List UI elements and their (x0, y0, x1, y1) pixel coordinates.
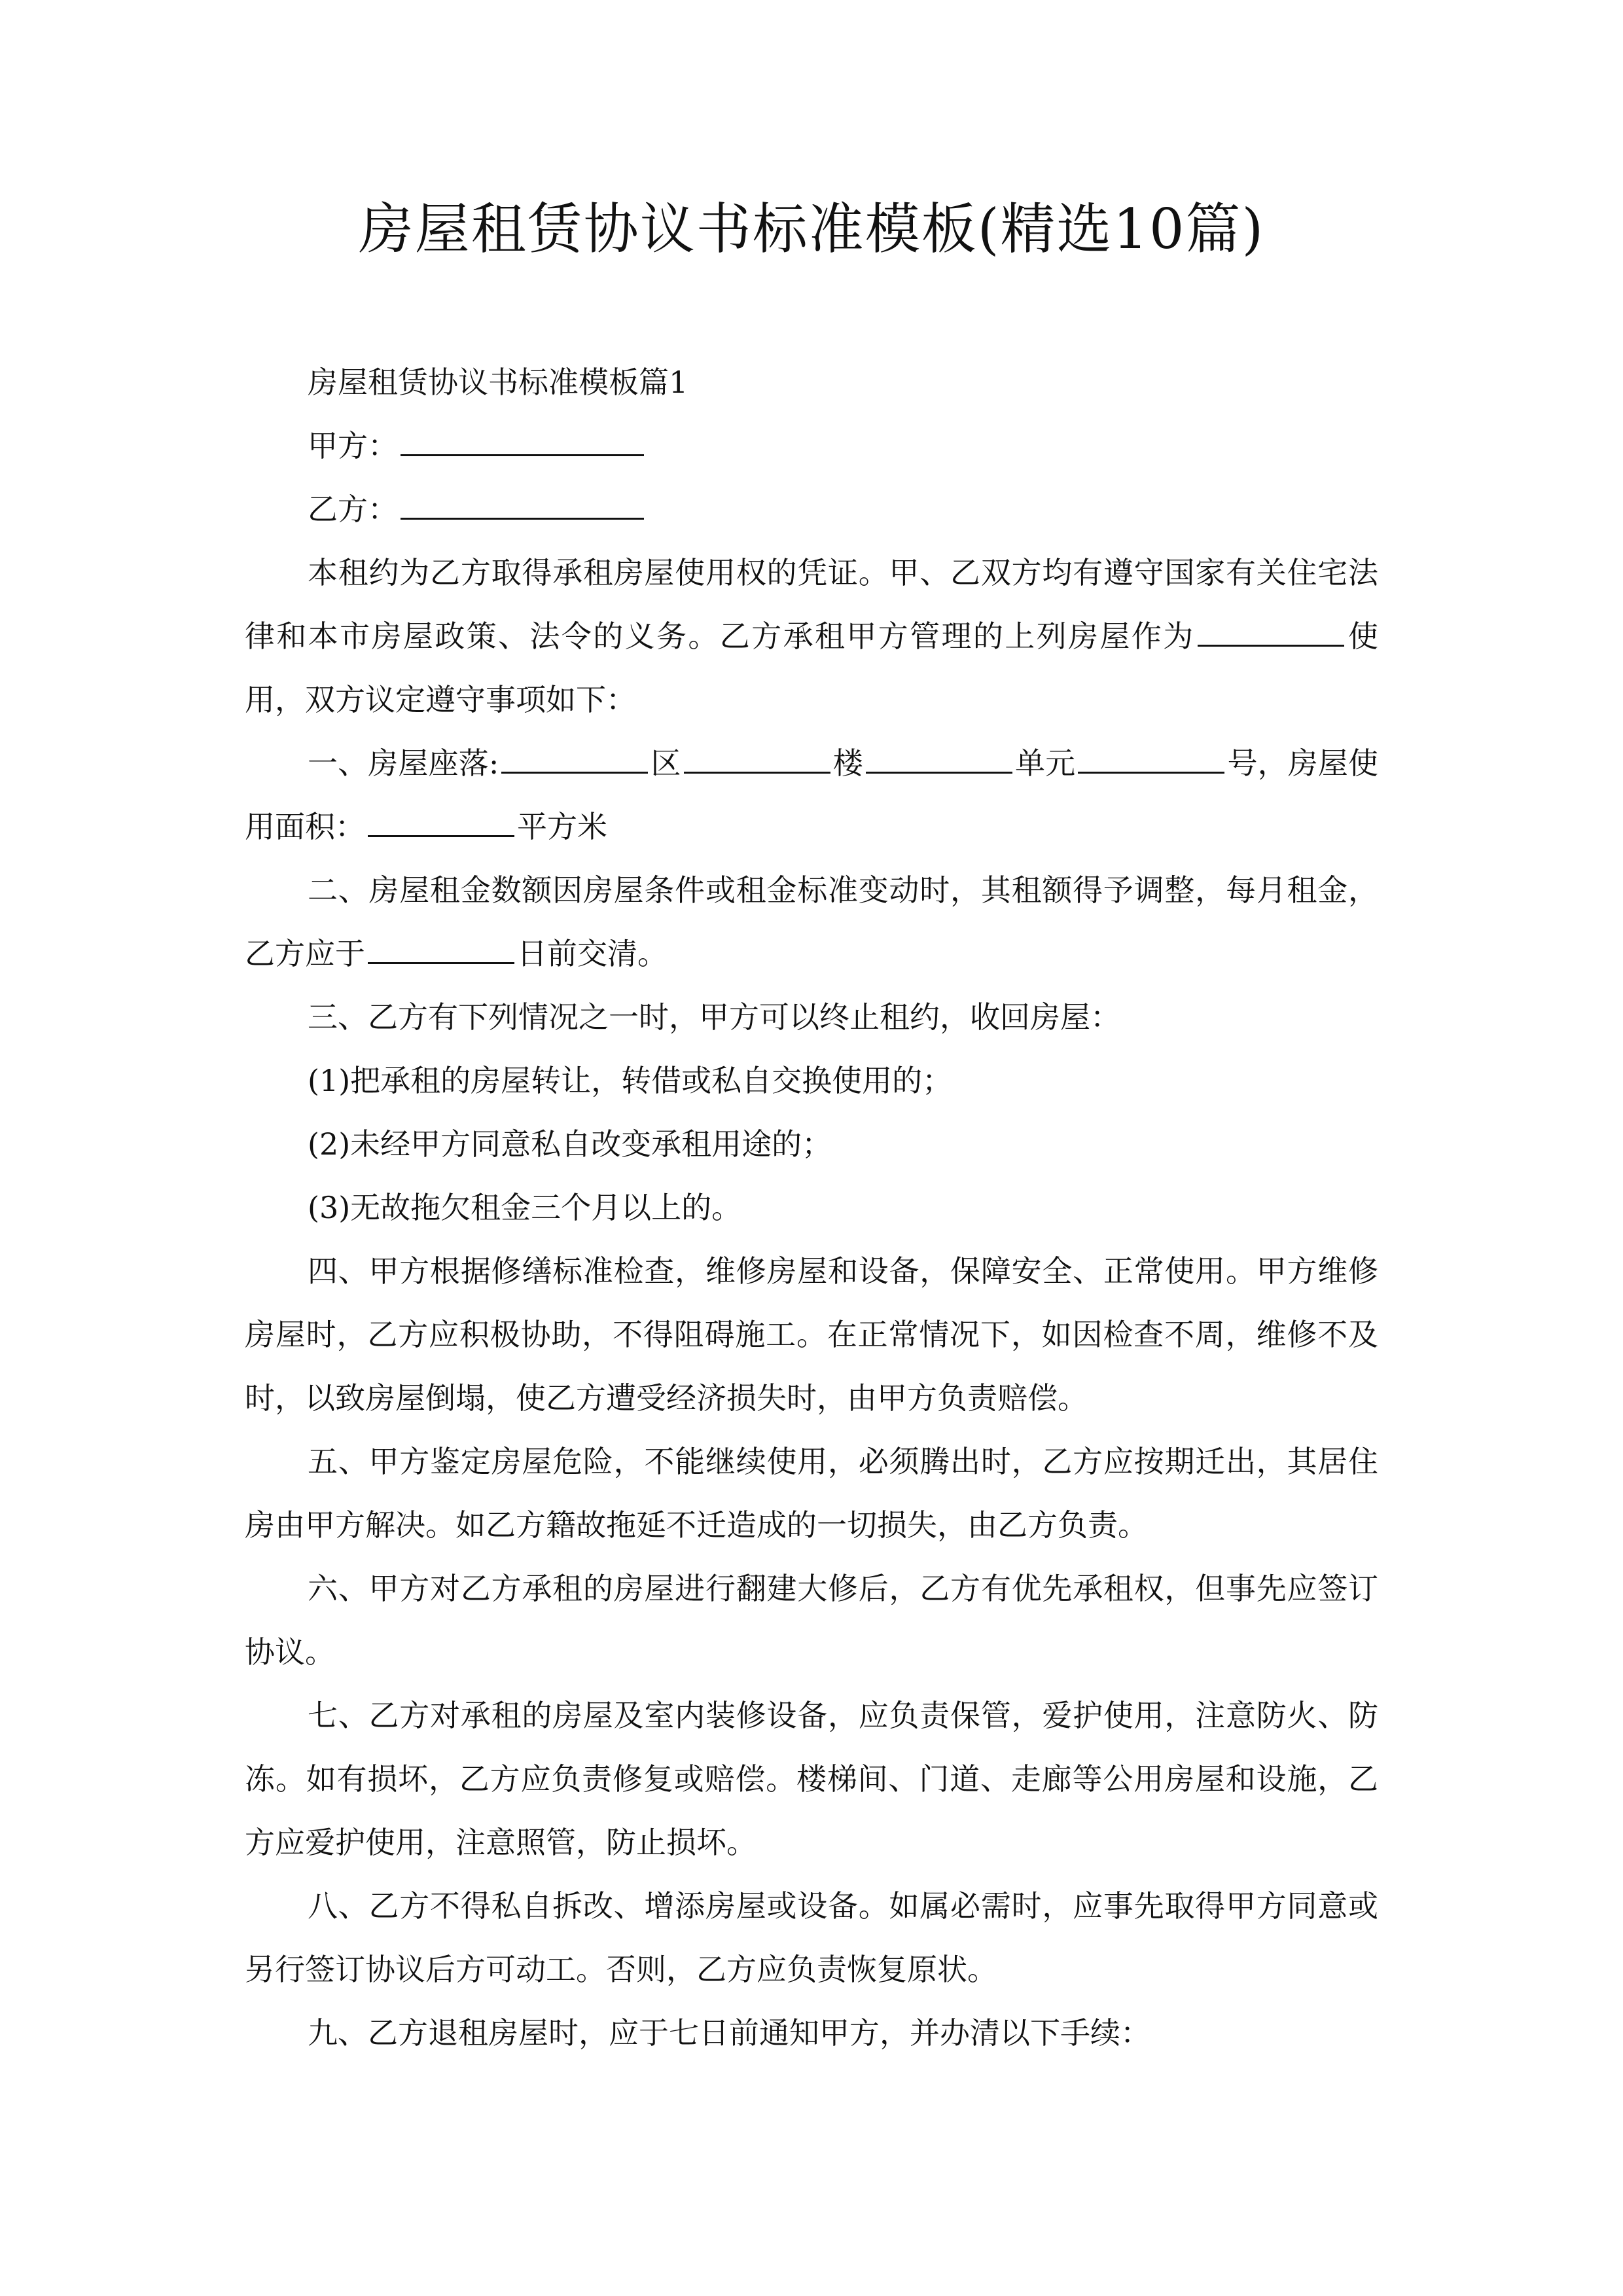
intro-paragraph: 本租约为乙方取得承租房屋使用权的凭证。甲、乙双方均有遵守国家有关住宅法律和本市房… (245, 541, 1378, 732)
building-blank[interactable] (684, 742, 830, 774)
unit-label: 单元 (1015, 745, 1075, 781)
document-title: 房屋租赁协议书标准模板(精选10篇) (245, 190, 1378, 268)
clause-1: 一、房屋座落:区楼单元号，房屋使用面积：平方米 (245, 732, 1378, 859)
party-b-line: 乙方： (245, 478, 1378, 541)
district-blank[interactable] (501, 742, 648, 774)
unit-blank[interactable] (866, 742, 1012, 774)
clause-3: 三、乙方有下列情况之一时，甲方可以终止租约，收回房屋： (245, 986, 1378, 1049)
clause-5: 五、甲方鉴定房屋危险，不能继续使用，必须腾出时，乙方应按期迁出，其居住房由甲方解… (245, 1430, 1378, 1557)
section-heading: 房屋租赁协议书标准模板篇1 (245, 351, 1378, 414)
clause-4: 四、甲方根据修缮标准检查，维修房屋和设备，保障安全、正常使用。甲方维修房屋时，乙… (245, 1240, 1378, 1430)
number-blank[interactable] (1078, 742, 1224, 774)
payment-day-blank[interactable] (368, 932, 514, 964)
party-a-line: 甲方： (245, 414, 1378, 478)
area-unit-label: 平方米 (517, 809, 607, 844)
building-label: 楼 (833, 745, 863, 781)
clause-2: 二、房屋租金数额因房屋条件或租金标准变动时，其租额得予调整，每月租金，乙方应于日… (245, 859, 1378, 986)
party-a-blank[interactable] (401, 424, 644, 456)
usage-purpose-blank[interactable] (1198, 615, 1344, 647)
clause-3-item-3: (3)无故拖欠租金三个月以上的。 (245, 1176, 1378, 1240)
clause-3-item-1: (1)把承租的房屋转让，转借或私自交换使用的； (245, 1049, 1378, 1113)
party-a-label: 甲方： (308, 428, 398, 463)
clause-6: 六、甲方对乙方承租的房屋进行翻建大修后，乙方有优先承租权，但事先应签订协议。 (245, 1557, 1378, 1684)
document-body: 房屋租赁协议书标准模板篇1 甲方： 乙方： 本租约为乙方取得承租房屋使用权的凭证… (245, 351, 1378, 2065)
clause-7: 七、乙方对承租的房屋及室内装修设备，应负责保管，爱护使用，注意防火、防冻。如有损… (245, 1684, 1378, 1874)
district-label: 区 (651, 745, 681, 781)
party-b-label: 乙方： (308, 492, 398, 527)
party-b-blank[interactable] (401, 488, 644, 520)
clause-1-prefix: 一、房屋座落: (308, 745, 499, 781)
clause-2-text-2: 日前交清。 (517, 936, 668, 971)
clause-9: 九、乙方退租房屋时，应于七日前通知甲方，并办清以下手续： (245, 2001, 1378, 2065)
clause-3-item-2: (2)未经甲方同意私自改变承租用途的； (245, 1113, 1378, 1176)
clause-8: 八、乙方不得私自拆改、增添房屋或设备。如属必需时，应事先取得甲方同意或另行签订协… (245, 1874, 1378, 2001)
area-blank[interactable] (368, 805, 514, 837)
